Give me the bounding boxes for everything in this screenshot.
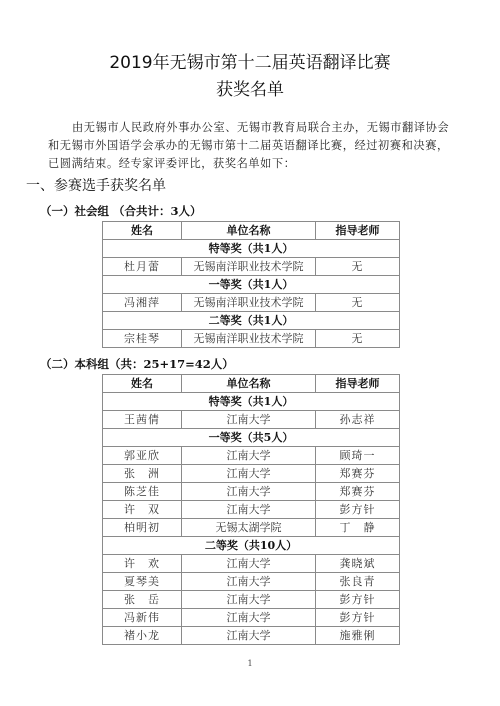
advisor-name: 郑赛芬	[316, 483, 400, 501]
unit-name: 江南大学	[182, 483, 316, 501]
column-header-advisor: 指导老师	[316, 375, 400, 393]
table-header-row: 姓名 单位名称 指导老师	[103, 375, 400, 393]
table-row: 宗桂琴无锡南洋职业技术学院无	[103, 330, 400, 348]
winner-name: 宗桂琴	[103, 330, 182, 348]
table-row: 张 洲江南大学郑赛芬	[103, 465, 400, 483]
table-row: 张 岳江南大学彭方针	[103, 591, 400, 609]
advisor-name: 无	[316, 294, 400, 312]
column-header-name: 姓名	[103, 222, 182, 240]
winner-name: 许 欢	[103, 555, 182, 573]
advisor-name: 龚晓斌	[316, 555, 400, 573]
unit-name: 无锡南洋职业技术学院	[182, 294, 316, 312]
award-level-row: 特等奖（共1人）	[103, 393, 400, 411]
winner-name: 褚小龙	[103, 627, 182, 645]
table-row: 郭亚欣江南大学顾琦一	[103, 447, 400, 465]
table-row: 冯湘萍无锡南洋职业技术学院无	[103, 294, 400, 312]
unit-name: 江南大学	[182, 501, 316, 519]
group-heading-undergrad: （二）本科组（共：25+17=42人）	[40, 356, 234, 372]
document-title: 2019年无锡市第十二届英语翻译比赛	[0, 48, 500, 73]
unit-name: 江南大学	[182, 573, 316, 591]
document-subtitle: 获奖名单	[0, 75, 500, 100]
section-heading: 一、参赛选手获奖名单	[26, 175, 166, 195]
table-row: 褚小龙江南大学施雅俐	[103, 627, 400, 645]
table-row: 许 欢江南大学龚晓斌	[103, 555, 400, 573]
winner-name: 冯湘萍	[103, 294, 182, 312]
unit-name: 江南大学	[182, 591, 316, 609]
winner-name: 许 双	[103, 501, 182, 519]
winner-name: 夏琴美	[103, 573, 182, 591]
award-level-title: 一等奖（共1人）	[103, 276, 400, 294]
unit-name: 江南大学	[182, 609, 316, 627]
unit-name: 江南大学	[182, 447, 316, 465]
award-level-row: 特等奖（共1人）	[103, 240, 400, 258]
winner-name: 冯新伟	[103, 609, 182, 627]
unit-name: 江南大学	[182, 465, 316, 483]
winner-name: 王茜倩	[103, 411, 182, 429]
advisor-name: 施雅俐	[316, 627, 400, 645]
unit-name: 江南大学	[182, 627, 316, 645]
award-level-row: 一等奖（共5人）	[103, 429, 400, 447]
advisor-name: 彭方针	[316, 501, 400, 519]
award-level-title: 一等奖（共5人）	[103, 429, 400, 447]
award-level-title: 二等奖（共1人）	[103, 312, 400, 330]
award-level-title: 特等奖（共1人）	[103, 240, 400, 258]
award-table-social: 姓名 单位名称 指导老师 特等奖（共1人）杜月蕾无锡南洋职业技术学院无一等奖（共…	[102, 221, 400, 348]
table-row: 柏明初无锡太湖学院丁 静	[103, 519, 400, 537]
unit-name: 江南大学	[182, 555, 316, 573]
advisor-name: 彭方针	[316, 609, 400, 627]
advisor-name: 无	[316, 330, 400, 348]
unit-name: 无锡南洋职业技术学院	[182, 330, 316, 348]
advisor-name: 孙志祥	[316, 411, 400, 429]
award-level-row: 二等奖（共1人）	[103, 312, 400, 330]
table-row: 许 双江南大学彭方针	[103, 501, 400, 519]
group-heading-social: （一）社会组 （合共计：3人）	[40, 203, 202, 219]
advisor-name: 无	[316, 258, 400, 276]
unit-name: 无锡太湖学院	[182, 519, 316, 537]
document-page: 2019年无锡市第十二届英语翻译比赛 获奖名单 由无锡市人民政府外事办公室、无锡…	[0, 0, 500, 706]
winner-name: 张 岳	[103, 591, 182, 609]
advisor-name: 郑赛芬	[316, 465, 400, 483]
table-row: 王茜倩江南大学孙志祥	[103, 411, 400, 429]
winner-name: 郭亚欣	[103, 447, 182, 465]
unit-name: 江南大学	[182, 411, 316, 429]
award-level-row: 一等奖（共1人）	[103, 276, 400, 294]
column-header-unit: 单位名称	[182, 375, 316, 393]
column-header-advisor: 指导老师	[316, 222, 400, 240]
award-level-title: 特等奖（共1人）	[103, 393, 400, 411]
award-table-undergrad: 姓名 单位名称 指导老师 特等奖（共1人）王茜倩江南大学孙志祥一等奖（共5人）郭…	[102, 374, 400, 645]
unit-name: 无锡南洋职业技术学院	[182, 258, 316, 276]
table-row: 冯新伟江南大学彭方针	[103, 609, 400, 627]
advisor-name: 彭方针	[316, 591, 400, 609]
award-level-title: 二等奖（共10人）	[103, 537, 400, 555]
advisor-name: 丁 静	[316, 519, 400, 537]
advisor-name: 张良青	[316, 573, 400, 591]
table-header-row: 姓名 单位名称 指导老师	[103, 222, 400, 240]
column-header-unit: 单位名称	[182, 222, 316, 240]
award-level-row: 二等奖（共10人）	[103, 537, 400, 555]
winner-name: 柏明初	[103, 519, 182, 537]
winner-name: 张 洲	[103, 465, 182, 483]
page-number: 1	[0, 659, 500, 668]
column-header-name: 姓名	[103, 375, 182, 393]
winner-name: 陈芝佳	[103, 483, 182, 501]
intro-paragraph: 由无锡市人民政府外事办公室、无锡市教育局联合主办，无锡市翻译协会和无锡市外国语学…	[48, 119, 456, 173]
table-row: 夏琴美江南大学张良青	[103, 573, 400, 591]
winner-name: 杜月蕾	[103, 258, 182, 276]
table-row: 杜月蕾无锡南洋职业技术学院无	[103, 258, 400, 276]
table-row: 陈芝佳江南大学郑赛芬	[103, 483, 400, 501]
advisor-name: 顾琦一	[316, 447, 400, 465]
